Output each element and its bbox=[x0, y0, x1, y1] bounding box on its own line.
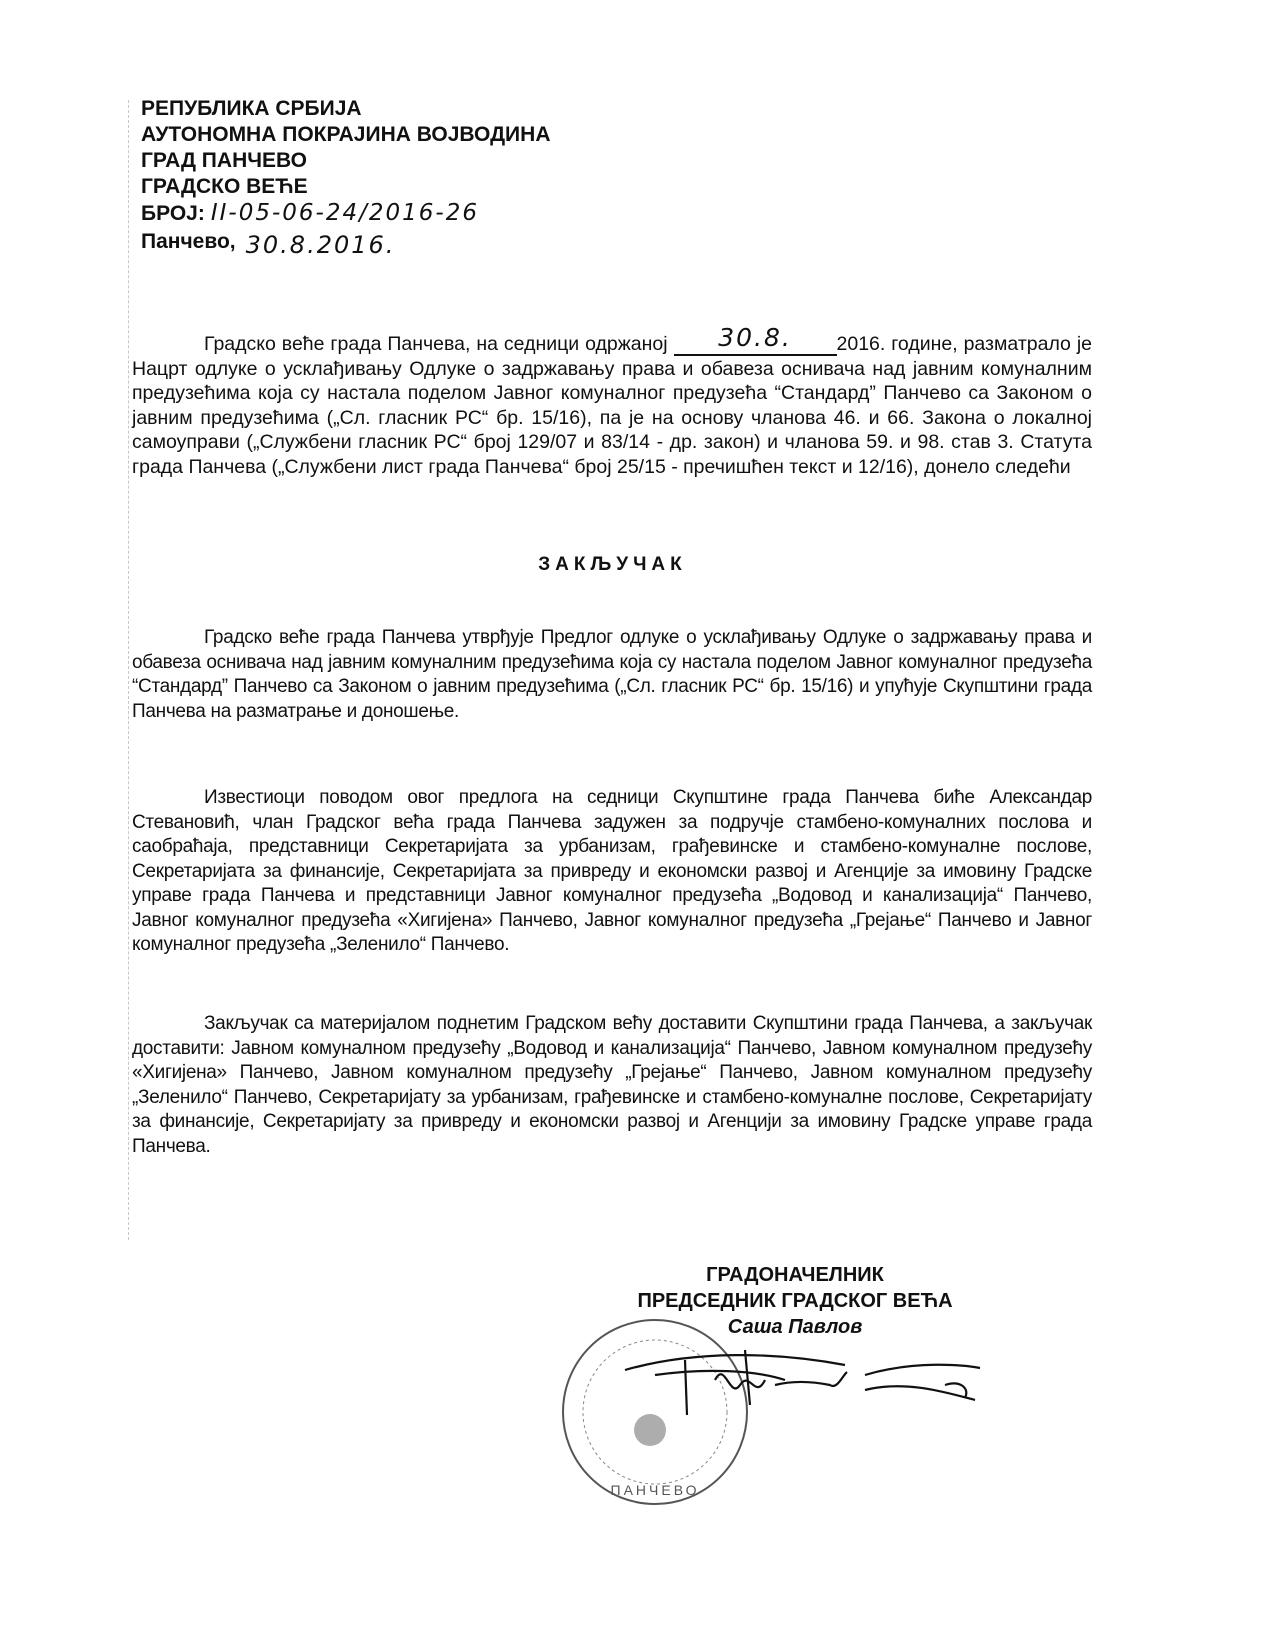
header-line-city: ГРАД ПАНЧЕВО bbox=[141, 148, 550, 174]
intro-part1: Градско веће града Панчева, на седници о… bbox=[204, 333, 668, 355]
paragraph-2: Известиоци поводом овог предлога на седн… bbox=[132, 786, 1092, 958]
header-line-republic: РЕПУБЛИКА СРБИЈА bbox=[141, 96, 550, 122]
scan-margin-line bbox=[128, 100, 129, 1240]
paragraph-3-text: Закључак са материјалом поднетим Градско… bbox=[132, 1013, 1092, 1157]
signatory-title-council-president: ПРЕДСЕДНИК ГРАДСКОГ ВЕЋА bbox=[620, 1288, 970, 1314]
paragraph-1: Градско веће града Панчева утврђује Пред… bbox=[132, 626, 1092, 724]
document-number: БРОЈ:II-05-06-24/2016-26 bbox=[141, 200, 550, 227]
handwritten-signature-icon bbox=[615, 1330, 995, 1420]
number-label: БРОЈ: bbox=[141, 202, 205, 225]
date-handwritten: 30.8.2016. bbox=[246, 231, 396, 259]
paragraph-2-text: Известиоци поводом овог предлога на седн… bbox=[132, 787, 1092, 955]
document-page: РЕПУБЛИКА СРБИЈА АУТОНОМНА ПОКРАЈИНА ВОЈ… bbox=[0, 0, 1275, 1651]
session-date-field: 30.8. bbox=[674, 332, 837, 356]
place-label: Панчево, bbox=[141, 230, 236, 253]
signatory-name: Саша Павлов bbox=[620, 1314, 970, 1340]
intro-paragraph: Градско веће града Панчева, на седници о… bbox=[132, 332, 1092, 479]
signatory-title-mayor: ГРАДОНАЧЕЛНИК bbox=[620, 1262, 970, 1288]
header-line-province: АУТОНОМНА ПОКРАЈИНА ВОЈВОДИНА bbox=[141, 122, 550, 148]
document-header: РЕПУБЛИКА СРБИЈА АУТОНОМНА ПОКРАЈИНА ВОЈ… bbox=[141, 96, 550, 255]
paragraph-3: Закључак са материјалом поднетим Градско… bbox=[132, 1012, 1092, 1159]
place-date: Панчево,30.8.2016. bbox=[141, 227, 550, 255]
stamp-text: ПАНЧЕВО bbox=[611, 1482, 700, 1498]
number-value-handwritten: II-05-06-24/2016-26 bbox=[211, 200, 479, 226]
document-title: ЗАКЉУЧАК bbox=[0, 554, 1225, 576]
paragraph-1-text: Градско веће града Панчева утврђује Пред… bbox=[132, 627, 1092, 722]
header-line-council: ГРАДСКО ВЕЋЕ bbox=[141, 174, 550, 200]
signature-block: ГРАДОНАЧЕЛНИК ПРЕДСЕДНИК ГРАДСКОГ ВЕЋА С… bbox=[620, 1262, 970, 1340]
session-date-handwritten: 30.8. bbox=[718, 323, 792, 352]
